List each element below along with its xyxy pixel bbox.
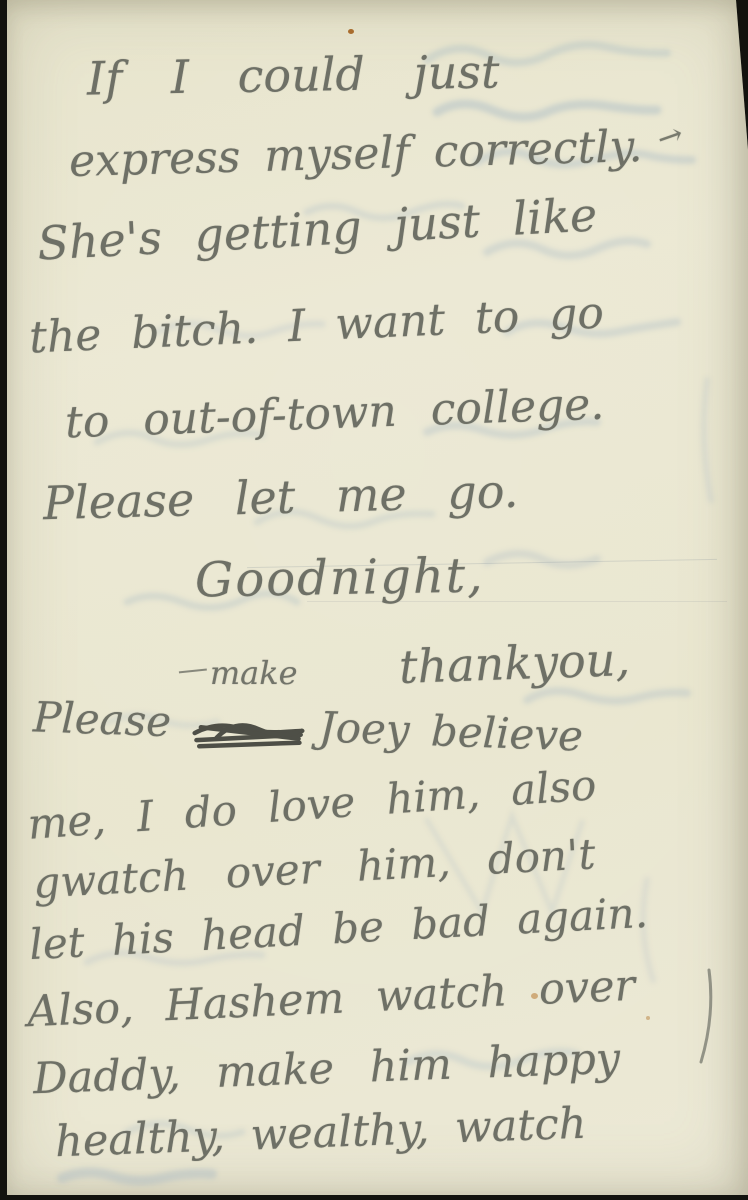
handwritten-line-3: She's getting just like — [36, 187, 598, 270]
handwritten-text: Joey believe — [318, 702, 584, 760]
handwritten-text: thankyou, — [398, 632, 631, 694]
handwritten-text: Goodnight, — [195, 547, 485, 608]
handwritten-line-14: Daddy, make him happy — [32, 1034, 621, 1104]
handwritten-text: Please — [32, 692, 172, 746]
handwritten-line-goodnight: Goodnight, — [195, 547, 485, 608]
handwritten-line-thankyou: thankyou, — [398, 632, 631, 694]
photo-background: If I could just express myself correctly… — [0, 0, 748, 1200]
handwritten-text: express myself correctly. — [68, 121, 643, 187]
inserted-word: make — [210, 654, 298, 692]
handwritten-text: Also, Hashem watch over — [26, 961, 636, 1037]
handwritten-text: healthy, wealthy, watch — [54, 1099, 587, 1168]
handwritten-line-2: express myself correctly.→ — [68, 120, 684, 187]
handwritten-text: Please let me go. — [42, 464, 518, 530]
stray-pencil-stroke — [691, 966, 715, 1066]
crossed-out-scribble — [186, 707, 307, 755]
handwritten-line-4: the bitch. I want to go — [28, 287, 605, 363]
handwritten-text: If I could just — [87, 44, 500, 105]
handwritten-text: Daddy, make him happy — [32, 1034, 621, 1104]
handwritten-line-5: to out-of-town college. — [64, 379, 605, 449]
handwritten-text: to out-of-town college. — [64, 379, 605, 449]
handwritten-line-6: Please let me go. — [42, 464, 518, 530]
letter-paper: If I could just express myself correctly… — [7, 0, 748, 1195]
insertion-dash — [179, 668, 207, 673]
handwritten-line-13: Also, Hashem watch over — [26, 961, 636, 1037]
stray-arrow-mark: → — [653, 116, 688, 157]
paper-speck — [646, 1016, 650, 1020]
handwritten-line-15: healthy, wealthy, watch — [54, 1099, 587, 1168]
handwritten-line-9: make Please Joey believe — [32, 692, 583, 760]
handwritten-text: the bitch. I want to go — [28, 287, 605, 363]
paper-speck — [348, 29, 354, 34]
handwritten-text: She's getting just like — [36, 187, 598, 270]
handwritten-line-1: If I could just — [87, 44, 500, 105]
